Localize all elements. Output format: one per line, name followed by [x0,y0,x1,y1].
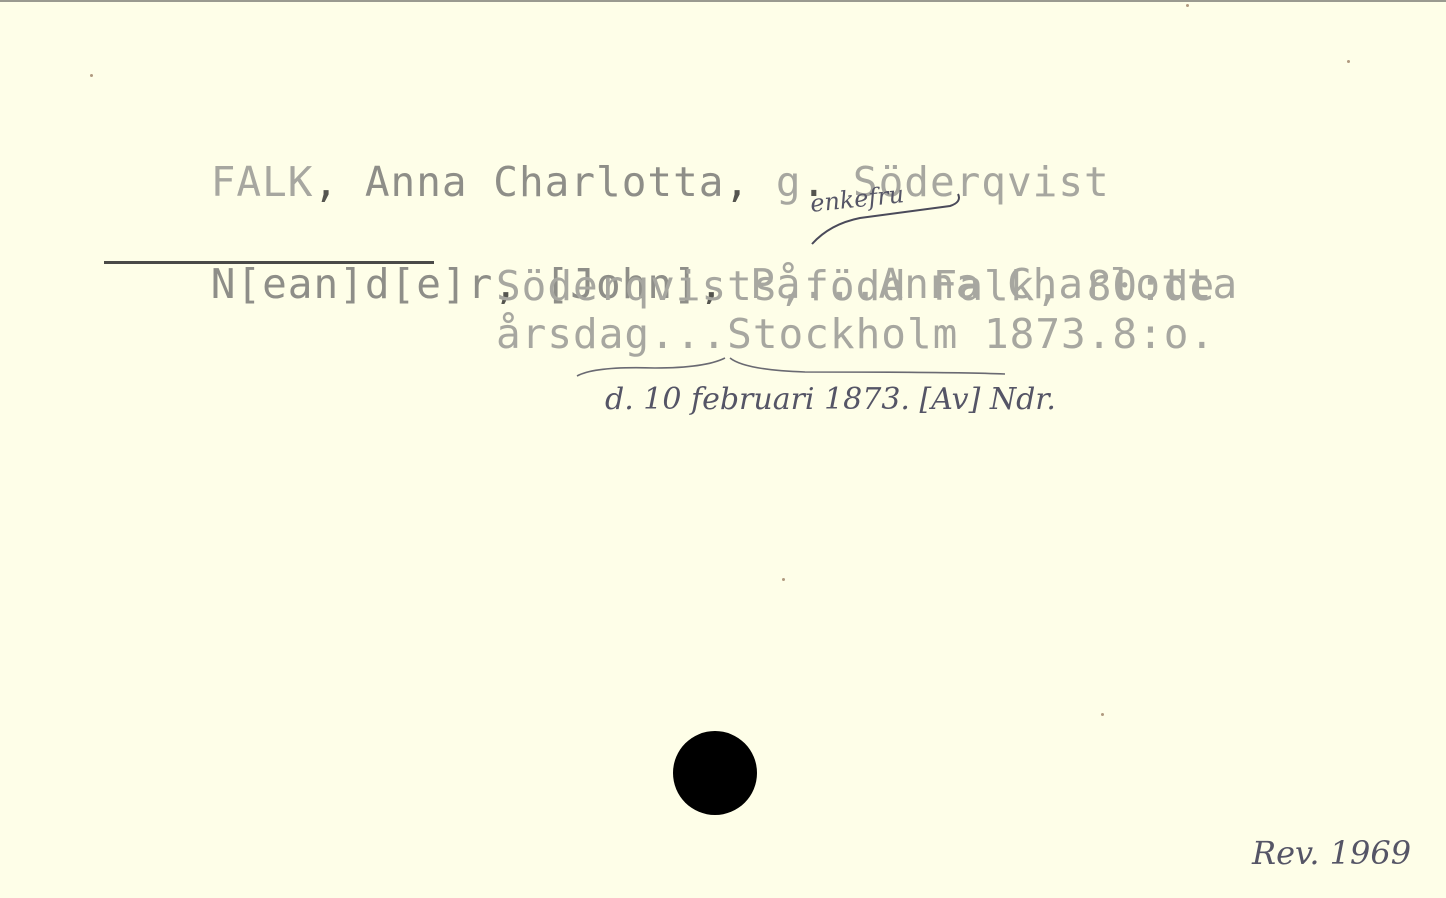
paper-speck [1347,60,1350,63]
heading-surname: FALK [211,158,314,206]
punch-hole [673,731,757,815]
heading-given-names: Anna Charlotta [339,158,724,206]
revision-note: Rev. 1969 [1252,834,1411,872]
paper-speck [90,74,93,77]
heading-married-prefix: g [750,158,801,206]
paper-speck [1186,4,1189,7]
body-line-2: Söderqvists,född Falk, 80:de [496,262,1215,310]
author-underline [104,261,434,264]
handwritten-note: d. 10 februari 1873. [Av] Ndr. [605,382,1056,417]
insertion-caret-mark [800,192,970,252]
body-line-3: årsdag...Stockholm 1873.8:o. [496,310,1215,358]
heading-comma: , [314,158,340,206]
paper-speck [782,578,785,581]
paper-speck [1101,713,1104,716]
heading-comma-2: , [724,158,750,206]
catalog-card: FALK, Anna Charlotta, g. Söderqvist N[ea… [0,0,1446,898]
pencil-brace [575,354,1015,384]
author-name: N[ean]d[e]r [211,260,494,308]
